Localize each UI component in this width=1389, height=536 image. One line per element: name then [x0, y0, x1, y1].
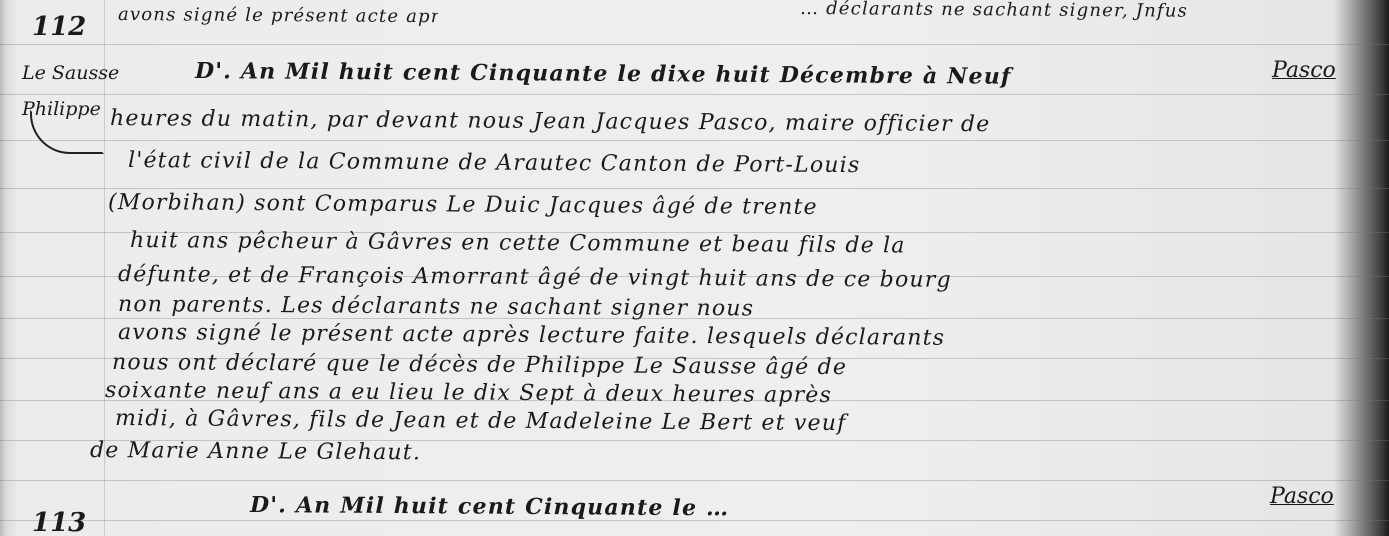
entry-line-8: avons signé le présent acte après lectur…: [118, 320, 945, 351]
entry-line-12: de Marie Anne Le Glehaut.: [90, 438, 421, 465]
margin-flourish: [30, 110, 104, 154]
entry-line-10: soixante neuf ans a eu lieu le dix Sept …: [105, 378, 832, 408]
entry-signature: Pasco: [1270, 484, 1334, 509]
entry-number-next: 113: [32, 508, 86, 536]
previous-entry-line: avons signé le présent acte après lectur…: [118, 4, 438, 27]
entry-line-3: l'état civil de la Commune de Arautec Ca…: [128, 148, 861, 178]
header-signature: Pasco: [1272, 58, 1336, 83]
ruled-line: [0, 188, 1389, 189]
previous-entry-text: avons signé le présent acte après lectur…: [118, 4, 438, 27]
entry-line-4: (Morbihan) sont Comparus Le Duic Jacques…: [108, 190, 818, 220]
ruled-line: [0, 94, 1389, 95]
entry-line-9: nous ont déclaré que le décès de Philipp…: [112, 350, 847, 380]
entry-line-11: midi, à Gâvres, fils de Jean et de Madel…: [115, 406, 847, 436]
ruled-line: [0, 140, 1389, 141]
ruled-line: [0, 44, 1389, 45]
margin-surname: Le Sausse: [22, 62, 119, 84]
entry-line-7: non parents. Les déclarants ne sachant s…: [118, 292, 754, 321]
entry-line-1: D'. An Mil huit cent Cinquante le dixe h…: [195, 58, 1012, 90]
entry-line-6: défunte, et de François Amorrant âgé de …: [118, 262, 952, 293]
ruled-line: [0, 480, 1389, 481]
register-page: 112 avons signé le présent acte après le…: [0, 0, 1389, 536]
entry-number-previous: 112: [32, 12, 86, 42]
entry-line-5: huit ans pêcheur à Gâvres en cette Commu…: [130, 228, 906, 258]
next-entry-line: D'. An Mil huit cent Cinquante le …: [250, 492, 729, 521]
previous-entry-line-right: … déclarants ne sachant signer, Jnfus: [800, 0, 1188, 22]
entry-line-2: heures du matin, par devant nous Jean Ja…: [110, 106, 991, 137]
